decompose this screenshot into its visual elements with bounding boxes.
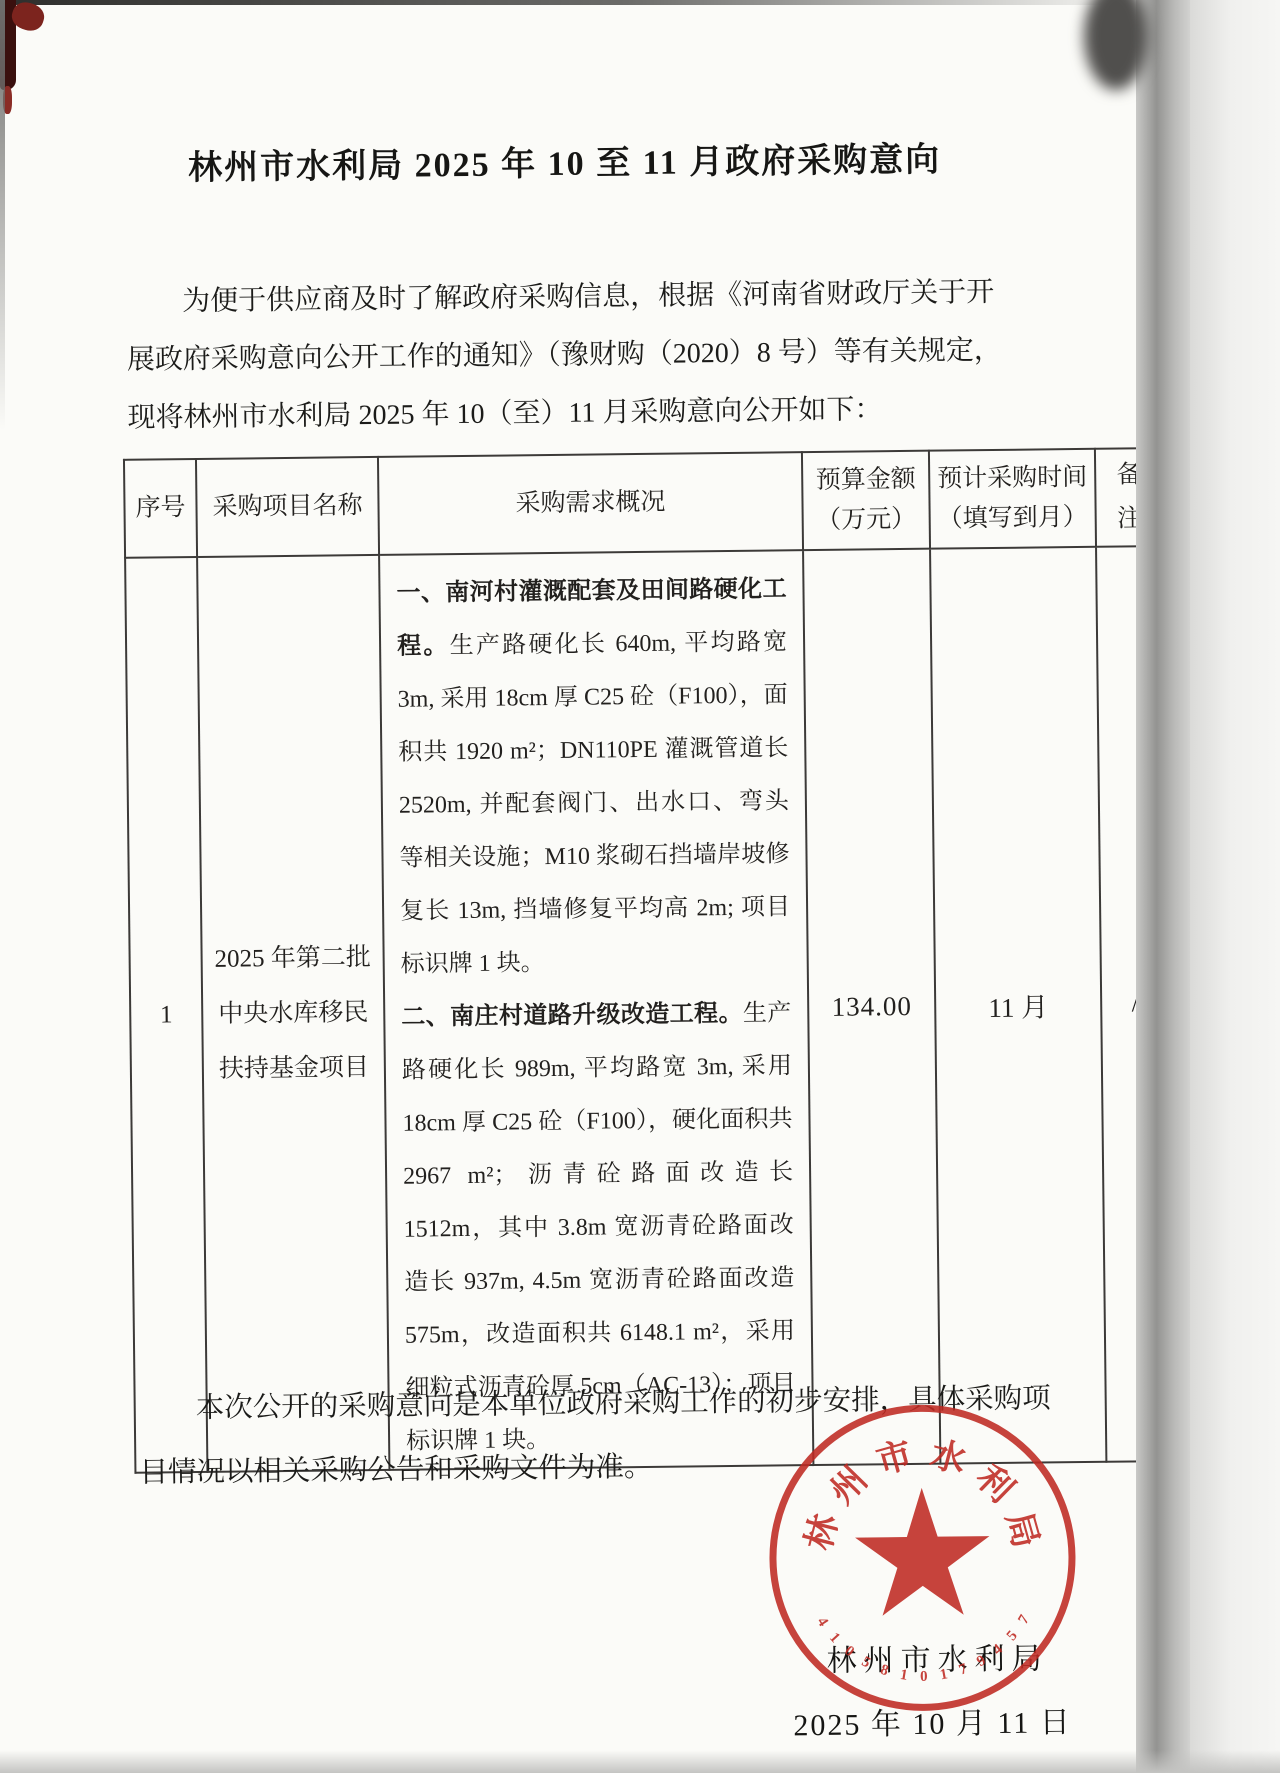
scan-artifact-bottom-edge [0,1750,1280,1773]
table-header-row: 序号 采购项目名称 采购需求概况 预算金额 （万元） 预计采购时间 （填写到月）… [124,448,1164,558]
scan-background-right [1190,0,1280,1773]
cell-project-name: 2025 年第二批中央水库移民扶持基金项目 [197,555,389,1472]
demand-item-1: 一、南河村灌溉配套及田间路硬化工程。生产路硬化长 640m, 平均路宽 3m, … [396,563,791,991]
intro-line-1: 为便于供应商及时了解政府采购信息，根据《河南省财政厅关于开 [126,263,1057,332]
document-title: 林州市水利局 2025 年 10 至 11 月政府采购意向 [0,129,1138,191]
intro-line-2: 展政府采购意向公开工作的通知》（豫财购（2020）8 号）等有关规定， [127,321,1058,390]
scanned-page: 林州市水利局 2025 年 10 至 11 月政府采购意向 为便于供应商及时了解… [0,0,1280,1773]
scan-artifact-top-line [0,0,1140,5]
col-header-demand: 采购需求概况 [378,452,803,555]
cell-index: 1 [125,557,207,1473]
cell-purchase-time: 11 月 [930,547,1106,1464]
scan-artifact-left-edge [0,0,5,430]
col-header-budget: 预算金额 （万元） [802,451,930,550]
intro-line-3: 现将林州市水利局 2025 年 10（至）11 月采购意向公开如下： [127,379,1058,448]
procurement-intent-table: 序号 采购项目名称 采购需求概况 预算金额 （万元） 预计采购时间 （填写到月）… [123,447,1175,1474]
intro-paragraph: 为便于供应商及时了解政府采购信息，根据《河南省财政厅关于开 展政府采购意向公开工… [126,263,1058,448]
col-header-time: 预计采购时间 （填写到月） [929,449,1096,549]
table-row: 1 2025 年第二批中央水库移民扶持基金项目 一、南河村灌溉配套及田间路硬化工… [125,546,1174,1473]
col-header-project: 采购项目名称 [196,457,379,557]
col-header-index: 序号 [124,459,197,558]
cell-budget: 134.00 [803,549,940,1465]
paper-edge-shadow [1136,0,1190,1773]
official-seal: 林州市水利局 4105810179457 [768,1403,1077,1712]
cell-demand-summary: 一、南河村灌溉配套及田间路硬化工程。生产路硬化长 640m, 平均路宽 3m, … [379,550,813,1470]
page-content: 林州市水利局 2025 年 10 至 11 月政府采购意向 为便于供应商及时了解… [0,0,1280,1773]
